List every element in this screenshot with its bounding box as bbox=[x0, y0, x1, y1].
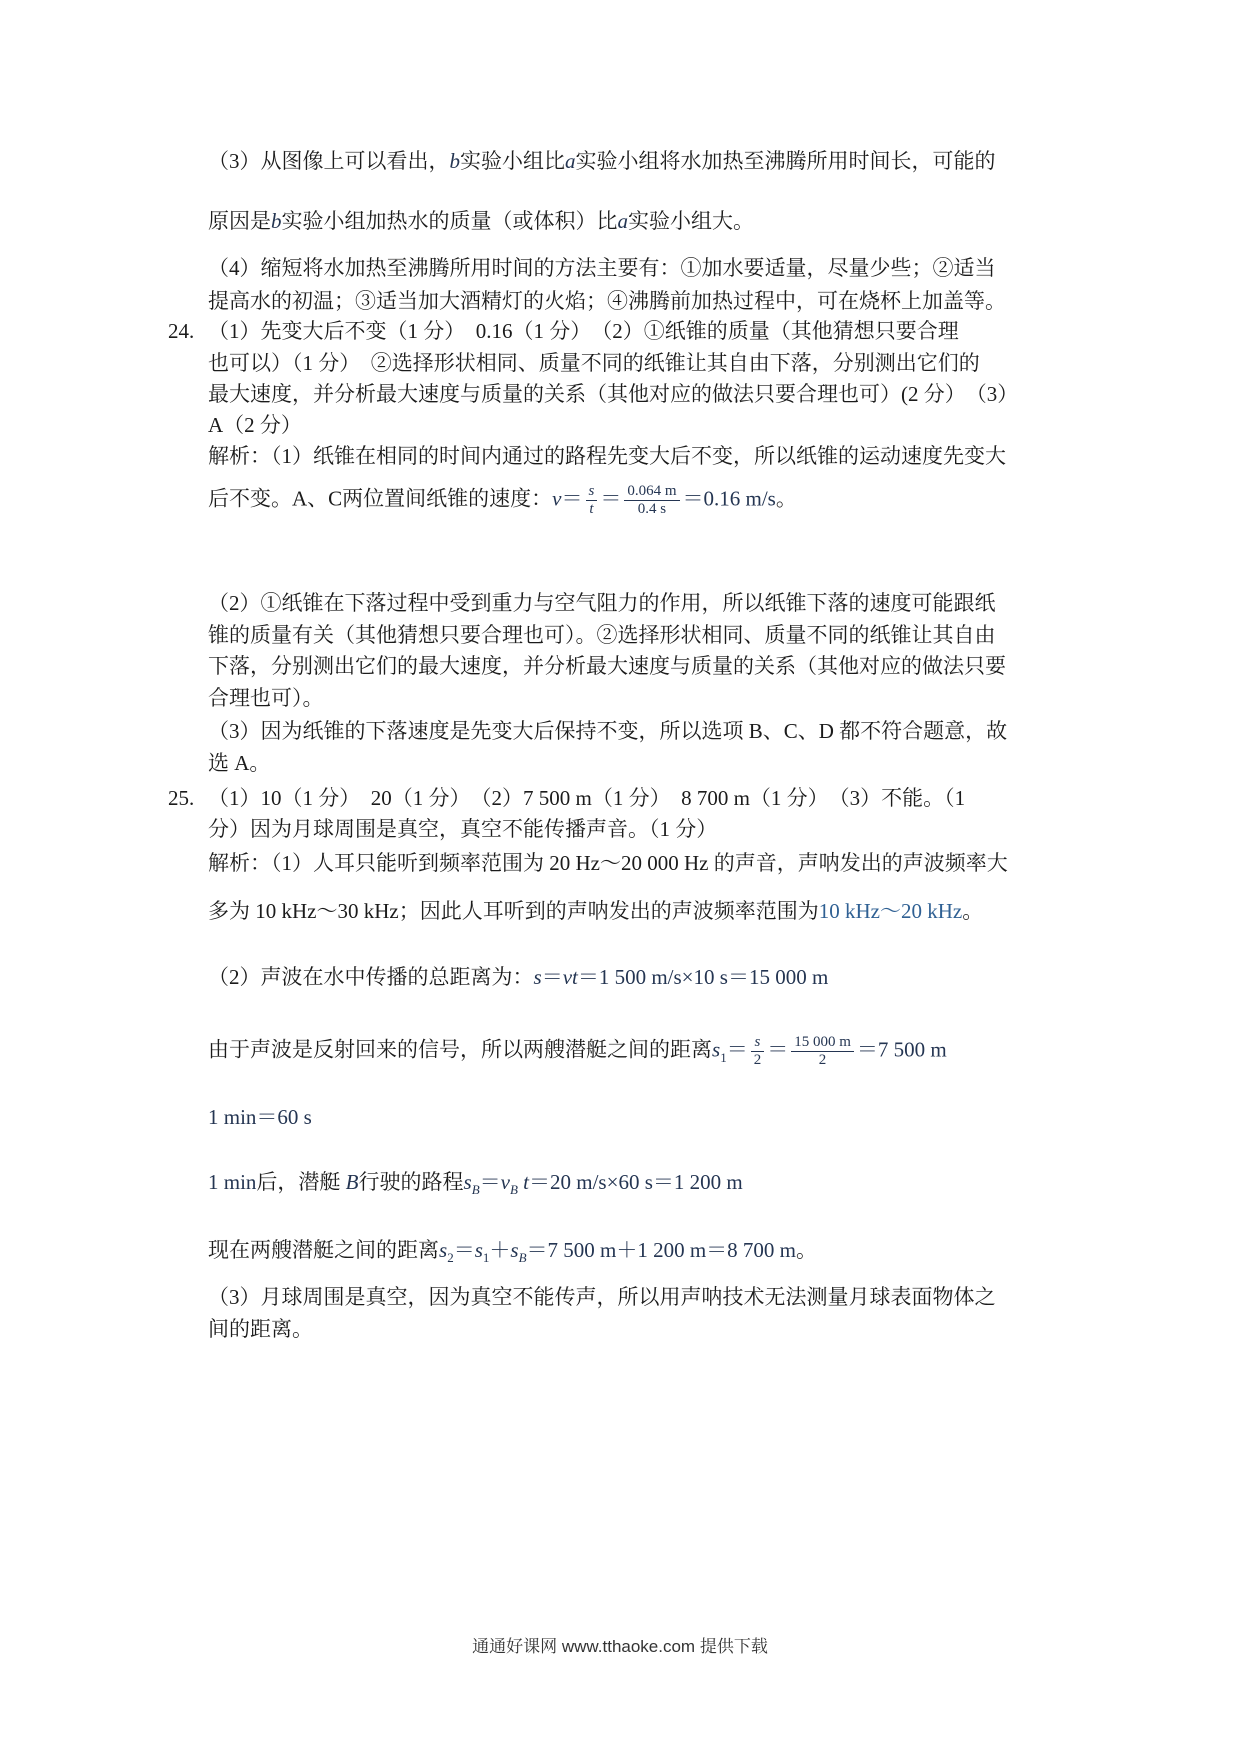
answer-line: （3）月球周围是真空，因为真空不能传声，所以用声呐技术无法测量月球表面物体之 bbox=[208, 1284, 1080, 1310]
answer-line: 提高水的初温；③适当加大酒精灯的火焰；④沸腾前加热过程中，可在烧杯上加盖等。 bbox=[208, 288, 1080, 314]
question-24-block: 24. （1）先变大后不变（1 分） 0.16（1 分） （2）①纸锥的质量（其… bbox=[208, 318, 1080, 776]
var-t: t bbox=[518, 1170, 529, 1194]
answer-line: 分）因为月球周围是真空，真空不能传播声音。（1 分） bbox=[208, 816, 1080, 842]
formula-result: 7 500 m bbox=[878, 1037, 947, 1061]
equals-sign: ＝ bbox=[454, 1238, 475, 1262]
formula-rest: ＝1 500 m/s×10 s＝15 000 m bbox=[578, 965, 828, 989]
answer-line: （3）从图像上可以看出，b实验小组比a实验小组将水加热至沸腾所用时间长，可能的 bbox=[208, 148, 1080, 174]
subscript-B: B bbox=[519, 1250, 527, 1265]
equals-sign: ＝ bbox=[683, 487, 704, 511]
answer-line: A（2 分） bbox=[208, 412, 1080, 438]
formula-rest: ＝7 500 m＋1 200 m＝8 700 m bbox=[527, 1238, 797, 1262]
text-run: （2）声波在水中传播的总距离为： bbox=[208, 965, 534, 989]
var-B: B bbox=[346, 1170, 359, 1194]
time-value: 1 min bbox=[208, 1170, 256, 1194]
answer-line: 多为 10 kHz～30 kHz；因此人耳听到的声呐发出的声波频率范围为10 k… bbox=[208, 898, 1080, 924]
var-s1: s bbox=[712, 1037, 720, 1061]
fraction-numerator: 15 000 m bbox=[791, 1034, 854, 1052]
var-sB: s bbox=[464, 1170, 472, 1194]
equals-sign: ＝ bbox=[562, 487, 583, 511]
var-vt: vt bbox=[563, 965, 578, 989]
answer-line: 选 A。 bbox=[208, 750, 1080, 776]
var-a: a bbox=[618, 209, 629, 233]
subscript-B: B bbox=[472, 1182, 480, 1197]
fraction-denominator: t bbox=[586, 501, 598, 518]
answer-line: （2）①纸锥在下落过程中受到重力与空气阻力的作用，所以纸锥下落的速度可能跟纸 bbox=[208, 590, 1080, 616]
text-run: 多为 10 kHz～30 kHz；因此人耳听到的声呐发出的声波频率范围为 bbox=[208, 899, 819, 923]
fraction-numerator: s bbox=[586, 483, 598, 501]
text-run: 现在两艘潜艇之间的距离 bbox=[208, 1238, 439, 1262]
var-a: a bbox=[565, 149, 576, 173]
formula-line: 后不变。A、C两位置间纸锥的速度：v＝st＝0.064 m0.4 s＝0.16 … bbox=[208, 483, 1080, 519]
fraction-s-over-2: s2 bbox=[751, 1034, 765, 1070]
var-sB: s bbox=[510, 1238, 518, 1262]
document-page: （3）从图像上可以看出，b实验小组比a实验小组将水加热至沸腾所用时间长，可能的 … bbox=[0, 0, 1240, 1754]
text-run: 。 bbox=[962, 899, 983, 923]
text-run: 实验小组加热水的质量（或体积）比 bbox=[282, 209, 618, 233]
var-v: v bbox=[552, 487, 561, 511]
text-run: 后不变。A、C两位置间纸锥的速度： bbox=[208, 487, 552, 511]
answer-line: （1）10（1 分） 20（1 分） （2）7 500 m（1 分） 8 700… bbox=[208, 785, 1080, 811]
question-number: 24. bbox=[168, 318, 194, 344]
fraction-values: 0.064 m0.4 s bbox=[624, 483, 679, 519]
fraction-s-over-t: st bbox=[586, 483, 598, 519]
text-run: 实验小组大。 bbox=[628, 209, 754, 233]
equals-sign: ＝ bbox=[857, 1037, 878, 1061]
answer-line: （4）缩短将水加热至沸腾所用时间的方法主要有：①加水要适量，尽量少些；②适当 bbox=[208, 255, 1080, 281]
equals-sign: ＝ bbox=[542, 965, 563, 989]
answer-line: 合理也可）。 bbox=[208, 685, 1080, 711]
var-b: b bbox=[271, 209, 282, 233]
question-25-block: 25. （1）10（1 分） 20（1 分） （2）7 500 m（1 分） 8… bbox=[208, 785, 1080, 1343]
fraction-denominator: 2 bbox=[791, 1052, 854, 1069]
formula-line: 1 min＝60 s bbox=[208, 1104, 1080, 1130]
question-number: 25. bbox=[168, 785, 194, 811]
formula-line: 1 min后，潜艇 B行驶的路程sB＝vB t＝20 m/s×60 s＝1 20… bbox=[208, 1169, 1080, 1195]
formula-rest: ＝20 m/s×60 s＝1 200 m bbox=[529, 1170, 743, 1194]
answer-line: 下落，分别测出它们的最大速度，并分析最大速度与质量的关系（其他对应的做法只要 bbox=[208, 653, 1080, 679]
var-vB: v bbox=[501, 1170, 510, 1194]
answer-line: 原因是b实验小组加热水的质量（或体积）比a实验小组大。 bbox=[208, 208, 1080, 234]
answer-line: 解析：（1）纸锥在相同的时间内通过的路程先变大后不变，所以纸锥的运动速度先变大 bbox=[208, 443, 1080, 469]
equals-sign: ＝ bbox=[600, 487, 621, 511]
answer-line: 解析：（1）人耳只能听到频率范围为 20 Hz～20 000 Hz 的声音，声呐… bbox=[208, 850, 1080, 876]
text-run: 。 bbox=[776, 487, 797, 511]
text-run: 行驶的路程 bbox=[359, 1170, 464, 1194]
subscript-B: B bbox=[510, 1182, 518, 1197]
text-run: 实验小组比 bbox=[460, 149, 565, 173]
var-s1: s bbox=[475, 1238, 483, 1262]
answer-sheet-content: （3）从图像上可以看出，b实验小组比a实验小组将水加热至沸腾所用时间长，可能的 … bbox=[208, 148, 1080, 1342]
page-footer: 通通好课网 www.tthaoke.com 提供下载 bbox=[0, 1632, 1240, 1657]
text-run: 原因是 bbox=[208, 209, 271, 233]
plus-sign: ＋ bbox=[489, 1238, 510, 1262]
frequency-range-value: 10 kHz～20 kHz bbox=[819, 899, 962, 923]
equals-sign: ＝ bbox=[727, 1037, 748, 1061]
formula-line: 现在两艘潜艇之间的距离s2＝s1＋sB＝7 500 m＋1 200 m＝8 70… bbox=[208, 1237, 1080, 1263]
fraction-numerator: 0.064 m bbox=[624, 483, 679, 501]
equals-sign: ＝ bbox=[480, 1170, 501, 1194]
equals-sign: ＝ bbox=[767, 1037, 788, 1061]
answer-line: 间的距离。 bbox=[208, 1316, 1080, 1342]
answer-line: 最大速度，并分析最大速度与质量的关系（其他对应的做法只要合理也可）(2 分） （… bbox=[208, 381, 1080, 407]
text-run: 。 bbox=[796, 1238, 817, 1262]
answer-line: （1）先变大后不变（1 分） 0.16（1 分） （2）①纸锥的质量（其他猜想只… bbox=[208, 318, 1080, 344]
var-b: b bbox=[450, 149, 461, 173]
text-run: （3）从图像上可以看出， bbox=[208, 149, 450, 173]
formula-line: （2）声波在水中传播的总距离为：s＝vt＝1 500 m/s×10 s＝15 0… bbox=[208, 964, 1080, 990]
fraction-denominator: 2 bbox=[751, 1052, 765, 1069]
answer-line: 锥的质量有关（其他猜想只要合理也可）。②选择形状相同、质量不同的纸锥让其自由 bbox=[208, 622, 1080, 648]
fraction-denominator: 0.4 s bbox=[624, 501, 679, 518]
footer-text: 通通好课网 www.tthaoke.com 提供下载 bbox=[472, 1637, 768, 1656]
answer-line: 也可以）（1 分） ②选择形状相同、质量不同的纸锥让其自由下落，分别测出它们的 bbox=[208, 350, 1080, 376]
formula-result: 0.16 m/s bbox=[704, 487, 776, 511]
fraction-numerator: s bbox=[751, 1034, 765, 1052]
formula-line: 由于声波是反射回来的信号，所以两艘潜艇之间的距离s1＝s2＝15 000 m2＝… bbox=[208, 1034, 1080, 1070]
fraction-values: 15 000 m2 bbox=[791, 1034, 854, 1070]
answer-line: （3）因为纸锥的下落速度是先变大后保持不变，所以选项 B、C、D 都不符合题意，… bbox=[208, 718, 1080, 744]
text-run: 后，潜艇 bbox=[256, 1170, 345, 1194]
var-s: s bbox=[534, 965, 542, 989]
var-s2: s bbox=[439, 1238, 447, 1262]
text-run: 由于声波是反射回来的信号，所以两艘潜艇之间的距离 bbox=[208, 1037, 712, 1061]
text-run: 实验小组将水加热至沸腾所用时间长，可能的 bbox=[576, 149, 996, 173]
